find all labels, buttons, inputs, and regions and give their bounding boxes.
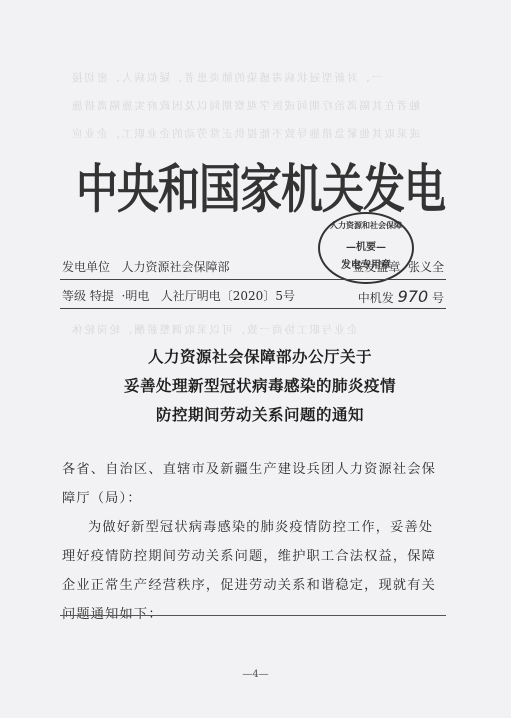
body-line: 为做好新型冠状病毒感染的肺炎疫情防控工作，妥善处 <box>88 516 433 535</box>
sender-label: 发电单位 <box>62 260 110 274</box>
grade-label: 等级 <box>62 289 86 303</box>
document-number: 人社厅明电〔2020〕5号 <box>161 289 295 303</box>
grade-value: 特提 <box>90 289 114 303</box>
document-page: 一、对新型冠状病毒感染的肺炎患者、疑似病人、密切接 触者在其隔离治疗期间或医学观… <box>0 0 511 718</box>
grade-row: 等级 特提 ·明电 人社厅明电〔2020〕5号 中机发 970 号 <box>62 287 444 304</box>
seal-text-middle: —机要— <box>320 238 412 253</box>
addressee-line: 各省、自治区、直辖市及新疆生产建设兵团人力资源社会保 <box>62 458 436 477</box>
page-number: —4— <box>0 669 511 680</box>
sender-value: 人力资源社会保障部 <box>121 260 229 274</box>
bleed-through-text: 触者在其隔离治疗期间或医学观察期间以及因政府实施隔离措施 <box>70 98 420 113</box>
document-title-line: 防控期间劳动关系问题的通知 <box>60 403 460 425</box>
header-rule <box>60 308 446 309</box>
transmission-type: ·明电 <box>122 289 150 303</box>
bleed-through-text: 一、对新型冠状病毒感染的肺炎患者、疑似病人、密切接 <box>70 70 383 85</box>
signer-label: 签发盖章 <box>352 260 400 274</box>
masthead-title: 中央和国家机关发电 <box>76 148 436 223</box>
body-line: 理好疫情防控期间劳动关系问题，维护职工合法权益，保障 <box>62 545 436 564</box>
addressee-line: 障厅（局）： <box>62 487 142 506</box>
body-line: 问题通知如下： <box>62 603 163 622</box>
seal-text-top: 人力资源和社会保障 <box>320 220 412 231</box>
footer-rule <box>60 615 446 616</box>
sender-row: 发电单位 人力资源社会保障部 签发盖章 张义全 <box>62 258 444 275</box>
bleed-through-text: 或采取其他紧急措施导致不能提供正常劳动的企业职工，企业应 <box>70 126 420 141</box>
header-rule <box>60 279 446 280</box>
body-line: 企业正常生产经营秩序，促进劳动关系和谐稳定，现就有关 <box>62 574 436 593</box>
central-number: 970 <box>398 287 429 306</box>
bleed-through-text: 企业与职工协商一致，可以采取调整薪酬、轮岗轮休 <box>70 322 358 337</box>
central-suffix: 号 <box>432 291 444 305</box>
document-title-line: 人力资源社会保障部办公厅关于 <box>60 345 460 367</box>
central-label: 中机发 <box>358 291 394 305</box>
signer-value: 张义全 <box>408 260 444 274</box>
document-title-line: 妥善处理新型冠状病毒感染的肺炎疫情 <box>60 374 460 396</box>
